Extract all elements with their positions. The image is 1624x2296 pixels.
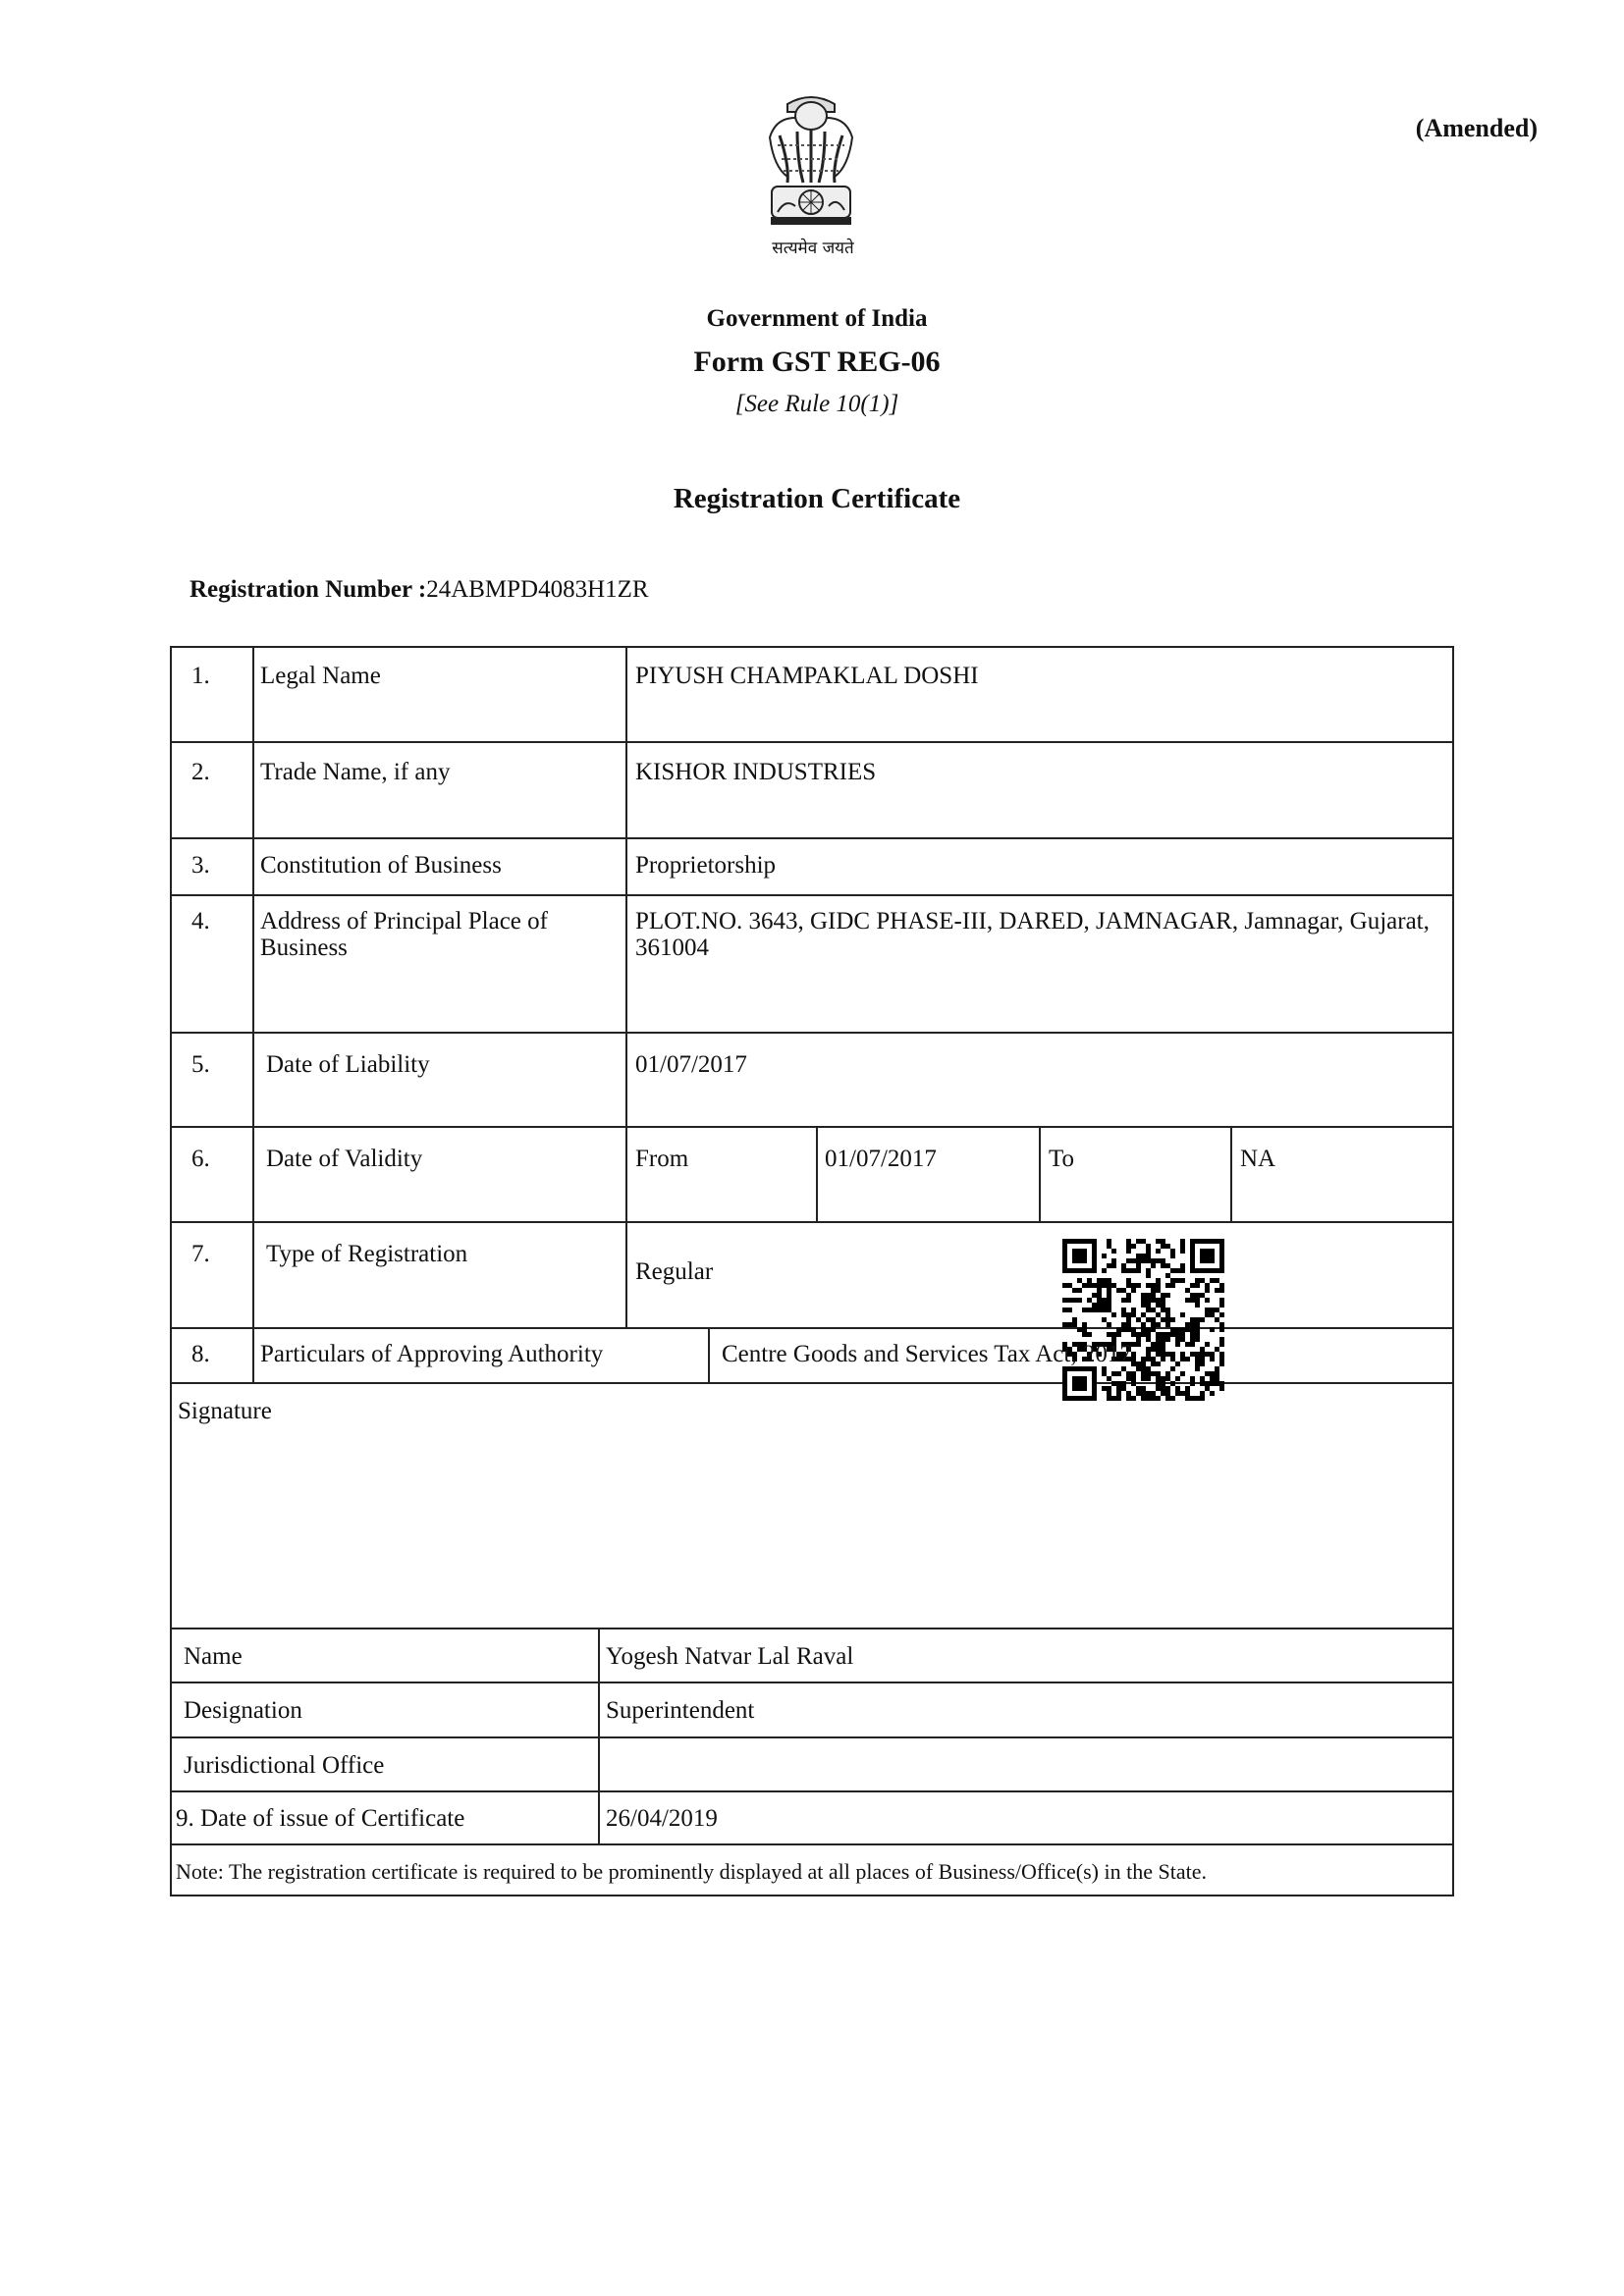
table-row: 4. Address of Principal Place of Busines… <box>172 894 1452 1032</box>
officer-name-value: Yogesh Natvar Lal Raval <box>606 1643 853 1670</box>
designation-label: Designation <box>184 1697 302 1724</box>
address-value: PLOT.NO. 3643, GIDC PHASE-III, DARED, JA… <box>635 908 1440 961</box>
row-number: 5. <box>191 1051 210 1078</box>
approving-authority-value: Centre Goods and Services Tax Act, 2017 <box>722 1341 1132 1367</box>
amended-label: (Amended) <box>1375 114 1538 143</box>
designation-value: Superintendent <box>606 1697 754 1724</box>
constitution-value: Proprietorship <box>635 852 776 879</box>
table-row: 7. Type of Registration Regular <box>172 1221 1452 1327</box>
registration-number-value: 24ABMPD4083H1ZR <box>426 576 648 603</box>
table-row: 1. Legal Name PIYUSH CHAMPAKLAL DOSHI <box>172 648 1452 741</box>
row-number: 6. <box>191 1146 210 1172</box>
certificate-title: Registration Certificate <box>0 483 1624 515</box>
row-label: Type of Registration <box>266 1241 467 1267</box>
national-emblem-icon <box>758 86 864 234</box>
row-label: Trade Name, if any <box>260 759 450 785</box>
signature-label: Signature <box>178 1398 272 1424</box>
issue-date-label: 9. Date of issue of Certificate <box>176 1805 464 1832</box>
table-row: 8. Particulars of Approving Authority Ce… <box>172 1327 1452 1382</box>
validity-to-label: To <box>1049 1146 1074 1172</box>
officer-name-label: Name <box>184 1643 243 1670</box>
liability-date-value: 01/07/2017 <box>635 1051 747 1078</box>
government-heading: Government of India <box>0 305 1624 333</box>
row-label: Constitution of Business <box>260 852 502 879</box>
row-label: Date of Liability <box>266 1051 430 1078</box>
row-number: 7. <box>191 1241 210 1267</box>
rule-reference: [See Rule 10(1)] <box>0 391 1624 418</box>
certificate-table: 1. Legal Name PIYUSH CHAMPAKLAL DOSHI 2.… <box>170 646 1454 1896</box>
validity-from-label: From <box>635 1146 688 1172</box>
row-number: 3. <box>191 852 210 879</box>
registration-number-label: Registration Number : <box>189 576 426 603</box>
legal-name-value: PIYUSH CHAMPAKLAL DOSHI <box>635 663 979 689</box>
table-row: 6. Date of Validity From 01/07/2017 To N… <box>172 1126 1452 1221</box>
row-label: Date of Validity <box>266 1146 422 1172</box>
row-number: 8. <box>191 1341 210 1367</box>
row-number: 2. <box>191 759 210 785</box>
issue-date-value: 26/04/2019 <box>606 1805 718 1832</box>
row-number: 4. <box>191 908 210 934</box>
row-number: 1. <box>191 663 210 689</box>
table-row: 2. Trade Name, if any KISHOR INDUSTRIES <box>172 741 1452 837</box>
display-note: Note: The registration certificate is re… <box>176 1858 1207 1885</box>
registration-type-value: Regular <box>635 1258 713 1285</box>
table-row: 5. Date of Liability 01/07/2017 <box>172 1032 1452 1126</box>
form-title: Form GST REG-06 <box>0 346 1624 379</box>
row-label: Address of Principal Place of Business <box>260 908 614 961</box>
trade-name-value: KISHOR INDUSTRIES <box>635 759 876 785</box>
table-row: 3. Constitution of Business Proprietorsh… <box>172 837 1452 894</box>
motto-text: सत्यमेव जयते <box>746 236 880 258</box>
validity-to-value: NA <box>1240 1146 1275 1172</box>
registration-number: Registration Number :24ABMPD4083H1ZR <box>189 576 649 604</box>
validity-from-value: 01/07/2017 <box>825 1146 937 1172</box>
jurisdictional-office-label: Jurisdictional Office <box>184 1752 384 1779</box>
row-label: Particulars of Approving Authority <box>260 1341 603 1367</box>
row-label: Legal Name <box>260 663 381 689</box>
